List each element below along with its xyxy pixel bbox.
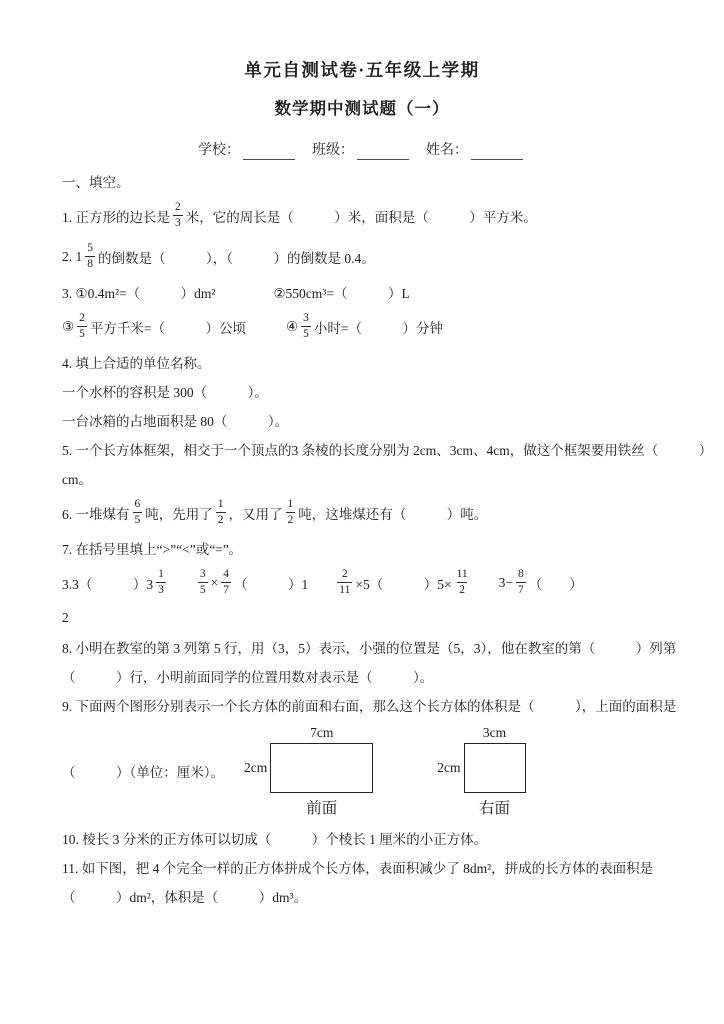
right-width-label: 3cm: [483, 725, 506, 743]
front-face-rect: [270, 743, 373, 793]
fraction: 65: [133, 499, 143, 526]
question-11-cont: （ ）dm²，体积是（ ）dm³。: [62, 881, 700, 910]
text-run: 3−: [499, 575, 513, 591]
blank-underline: [243, 146, 295, 160]
question-9: 9. 下面两个图形分别表示一个长方体的前面和右面，那么这个长方体的体积是（ ），…: [62, 690, 700, 719]
text-run: 的倒数是（ ），（ ）的倒数是 0.4。: [98, 247, 375, 267]
front-height-label: 2cm: [244, 760, 267, 776]
question-4-fridge: 一台冰箱的占地面积是 80（ ）。: [62, 405, 700, 434]
text-run: 2. 1: [62, 249, 82, 265]
text-run: （ ）行，小明前面同学的位置用数对表示是（ ）。: [62, 666, 433, 686]
text-run: 8. 小明在教室的第 3 列第 5 行，用（3，5）表示，小强的位置是（5，3）…: [62, 637, 676, 657]
blank-underline: [471, 146, 523, 160]
fraction: 112: [455, 569, 470, 596]
spacer: [246, 326, 286, 327]
spacer: [215, 291, 273, 292]
question-7-row: 3.3（ ）31335×47（ ）1211×5（ ）5×1123−87（ ）: [62, 562, 700, 603]
right-face-rect: [464, 743, 526, 793]
text-run: 11. 如下图，把 4 个完全一样的正方体拼成个长方体，表面积减少了 8dm²，…: [62, 857, 653, 877]
text-run: ④: [286, 319, 298, 335]
fraction: 47: [221, 569, 231, 596]
front-face-figure: 7cm 2cm 前面: [244, 725, 373, 818]
text-run: 7. 在括号里填上“>”“<”或“=”。: [62, 538, 242, 558]
fraction: 25: [77, 313, 87, 340]
fraction: 87: [516, 569, 526, 596]
question-6: 6. 一堆煤有65吨，先用了12，又用了12吨，这堆煤还有（ ）吨。: [62, 492, 700, 533]
text-run: 1. 正方形的边长是: [62, 206, 170, 226]
text-run: ×5（ ）5×: [355, 573, 451, 593]
question-5-cont: cm。: [62, 463, 700, 492]
question-1: 1. 正方形的边长是23米，它的周长是（ ）米，面积是（ ）平方米。: [62, 195, 700, 236]
text-run: （ ）1: [234, 573, 308, 593]
text-run: 2: [62, 610, 69, 626]
question-2: 2. 158的倒数是（ ），（ ）的倒数是 0.4。: [62, 236, 700, 277]
question-10: 10. 棱长 3 分米的正方体可以切成（ ）个棱长 1 厘米的小正方体。: [62, 823, 700, 852]
text-run: ②550cm³=（ ）L: [273, 282, 409, 302]
text-run: 吨，这堆煤还有（ ）吨。: [298, 503, 487, 523]
question-3-sub: ③25平方千米=（ ）公顷④35小时=（ ）分钟: [62, 306, 700, 347]
text-run: 4. 填上合适的单位名称。: [62, 352, 211, 372]
question-7: 7. 在括号里填上“>”“<”或“=”。: [62, 533, 700, 562]
text-run: （ ）dm²，体积是（ ）dm³。: [62, 886, 307, 906]
diagram-prefix-text: （ ）（单位：厘米）。: [62, 761, 224, 781]
question-8: 8. 小明在教室的第 3 列第 5 行，用（3，5）表示，小强的位置是（5，3）…: [62, 632, 700, 661]
question-7-cont: 2: [62, 603, 700, 632]
spacer: [169, 582, 195, 583]
fill-in-questions-bottom: 10. 棱长 3 分米的正方体可以切成（ ）个棱长 1 厘米的小正方体。11. …: [62, 823, 700, 910]
school-class-name-line: 学校： 班级： 姓名：: [0, 130, 724, 160]
text-run: ③: [62, 319, 74, 335]
text-run: 9. 下面两个图形分别表示一个长方体的前面和右面，那么这个长方体的体积是（ ），…: [62, 695, 676, 715]
fraction: 12: [286, 499, 296, 526]
question-4-cup: 一个水杯的容积是 300（ ）。: [62, 376, 700, 405]
front-face-caption: 前面: [306, 793, 337, 818]
question-8-cont: （ ）行，小明前面同学的位置用数对表示是（ ）。: [62, 661, 700, 690]
fraction: 35: [301, 313, 311, 340]
document-subtitle: 数学期中测试题（一）: [0, 88, 724, 130]
section-heading: 一、填空。: [62, 166, 700, 195]
fraction: 13: [156, 569, 166, 596]
fraction: 58: [85, 243, 95, 270]
text-run: 一、填空。: [62, 171, 130, 191]
fraction: 12: [216, 499, 226, 526]
right-face-caption: 右面: [479, 793, 510, 818]
fraction: 211: [337, 569, 352, 596]
text-run: 平方千米=（ ）公顷: [90, 317, 246, 337]
question-4: 4. 填上合适的单位名称。: [62, 347, 700, 376]
text-run: 一个水杯的容积是 300（ ）。: [62, 381, 268, 401]
text-run: 小时=（ ）分钟: [314, 317, 443, 337]
text-run: 3. ①0.4m²=（ ）dm²: [62, 282, 215, 302]
question-11: 11. 如下图，把 4 个完全一样的正方体拼成个长方体，表面积减少了 8dm²，…: [62, 852, 700, 881]
text-run: ，又用了: [229, 503, 283, 523]
question-3: 3. ①0.4m²=（ ）dm²②550cm³=（ ）L: [62, 277, 700, 306]
text-run: （ ）: [529, 573, 583, 593]
text-run: 米，它的周长是（ ）米，面积是（ ）平方米。: [186, 206, 537, 226]
question-5: 5. 一个长方体框架，相交于一个顶点的3 条棱的长度分别为 2cm、3cm、4c…: [62, 434, 700, 463]
text-run: cm。: [62, 468, 92, 488]
text-run: 学校：: [198, 143, 240, 160]
text-run: 6. 一堆煤有: [62, 503, 130, 523]
question-9-diagram: （ ）（单位：厘米）。 7cm 2cm 前面 3cm 2cm 右面: [62, 719, 700, 823]
text-run: 10. 棱长 3 分米的正方体可以切成（ ）个棱长 1 厘米的小正方体。: [62, 828, 487, 848]
right-height-label: 2cm: [437, 760, 460, 776]
text-run: 姓名：: [412, 143, 468, 160]
fill-in-questions-top: 一、填空。1. 正方形的边长是23米，它的周长是（ ）米，面积是（ ）平方米。2…: [62, 166, 700, 719]
document-page: 单元自测试卷·五年级上学期 数学期中测试题（一） 学校： 班级： 姓名： 一、填…: [0, 0, 724, 1024]
text-run: 班级：: [298, 143, 354, 160]
fraction: 35: [198, 569, 208, 596]
fraction: 23: [173, 202, 183, 229]
document-body: 一、填空。1. 正方形的边长是23米，它的周长是（ ）米，面积是（ ）平方米。2…: [0, 160, 724, 910]
spacer: [308, 582, 334, 583]
document-title: 单元自测试卷·五年级上学期: [0, 52, 724, 88]
text-run: 一台冰箱的占地面积是 80（ ）。: [62, 410, 288, 430]
text-run: 3.3（ ）3: [62, 573, 153, 593]
text-run: ×: [211, 575, 219, 591]
blank-underline: [357, 146, 409, 160]
spacer: [473, 582, 499, 583]
right-face-figure: 3cm 2cm 右面: [437, 725, 525, 818]
front-width-label: 7cm: [310, 725, 333, 743]
text-run: 5. 一个长方体框架，相交于一个顶点的3 条棱的长度分别为 2cm、3cm、4c…: [62, 439, 712, 459]
text-run: 吨，先用了: [145, 503, 213, 523]
